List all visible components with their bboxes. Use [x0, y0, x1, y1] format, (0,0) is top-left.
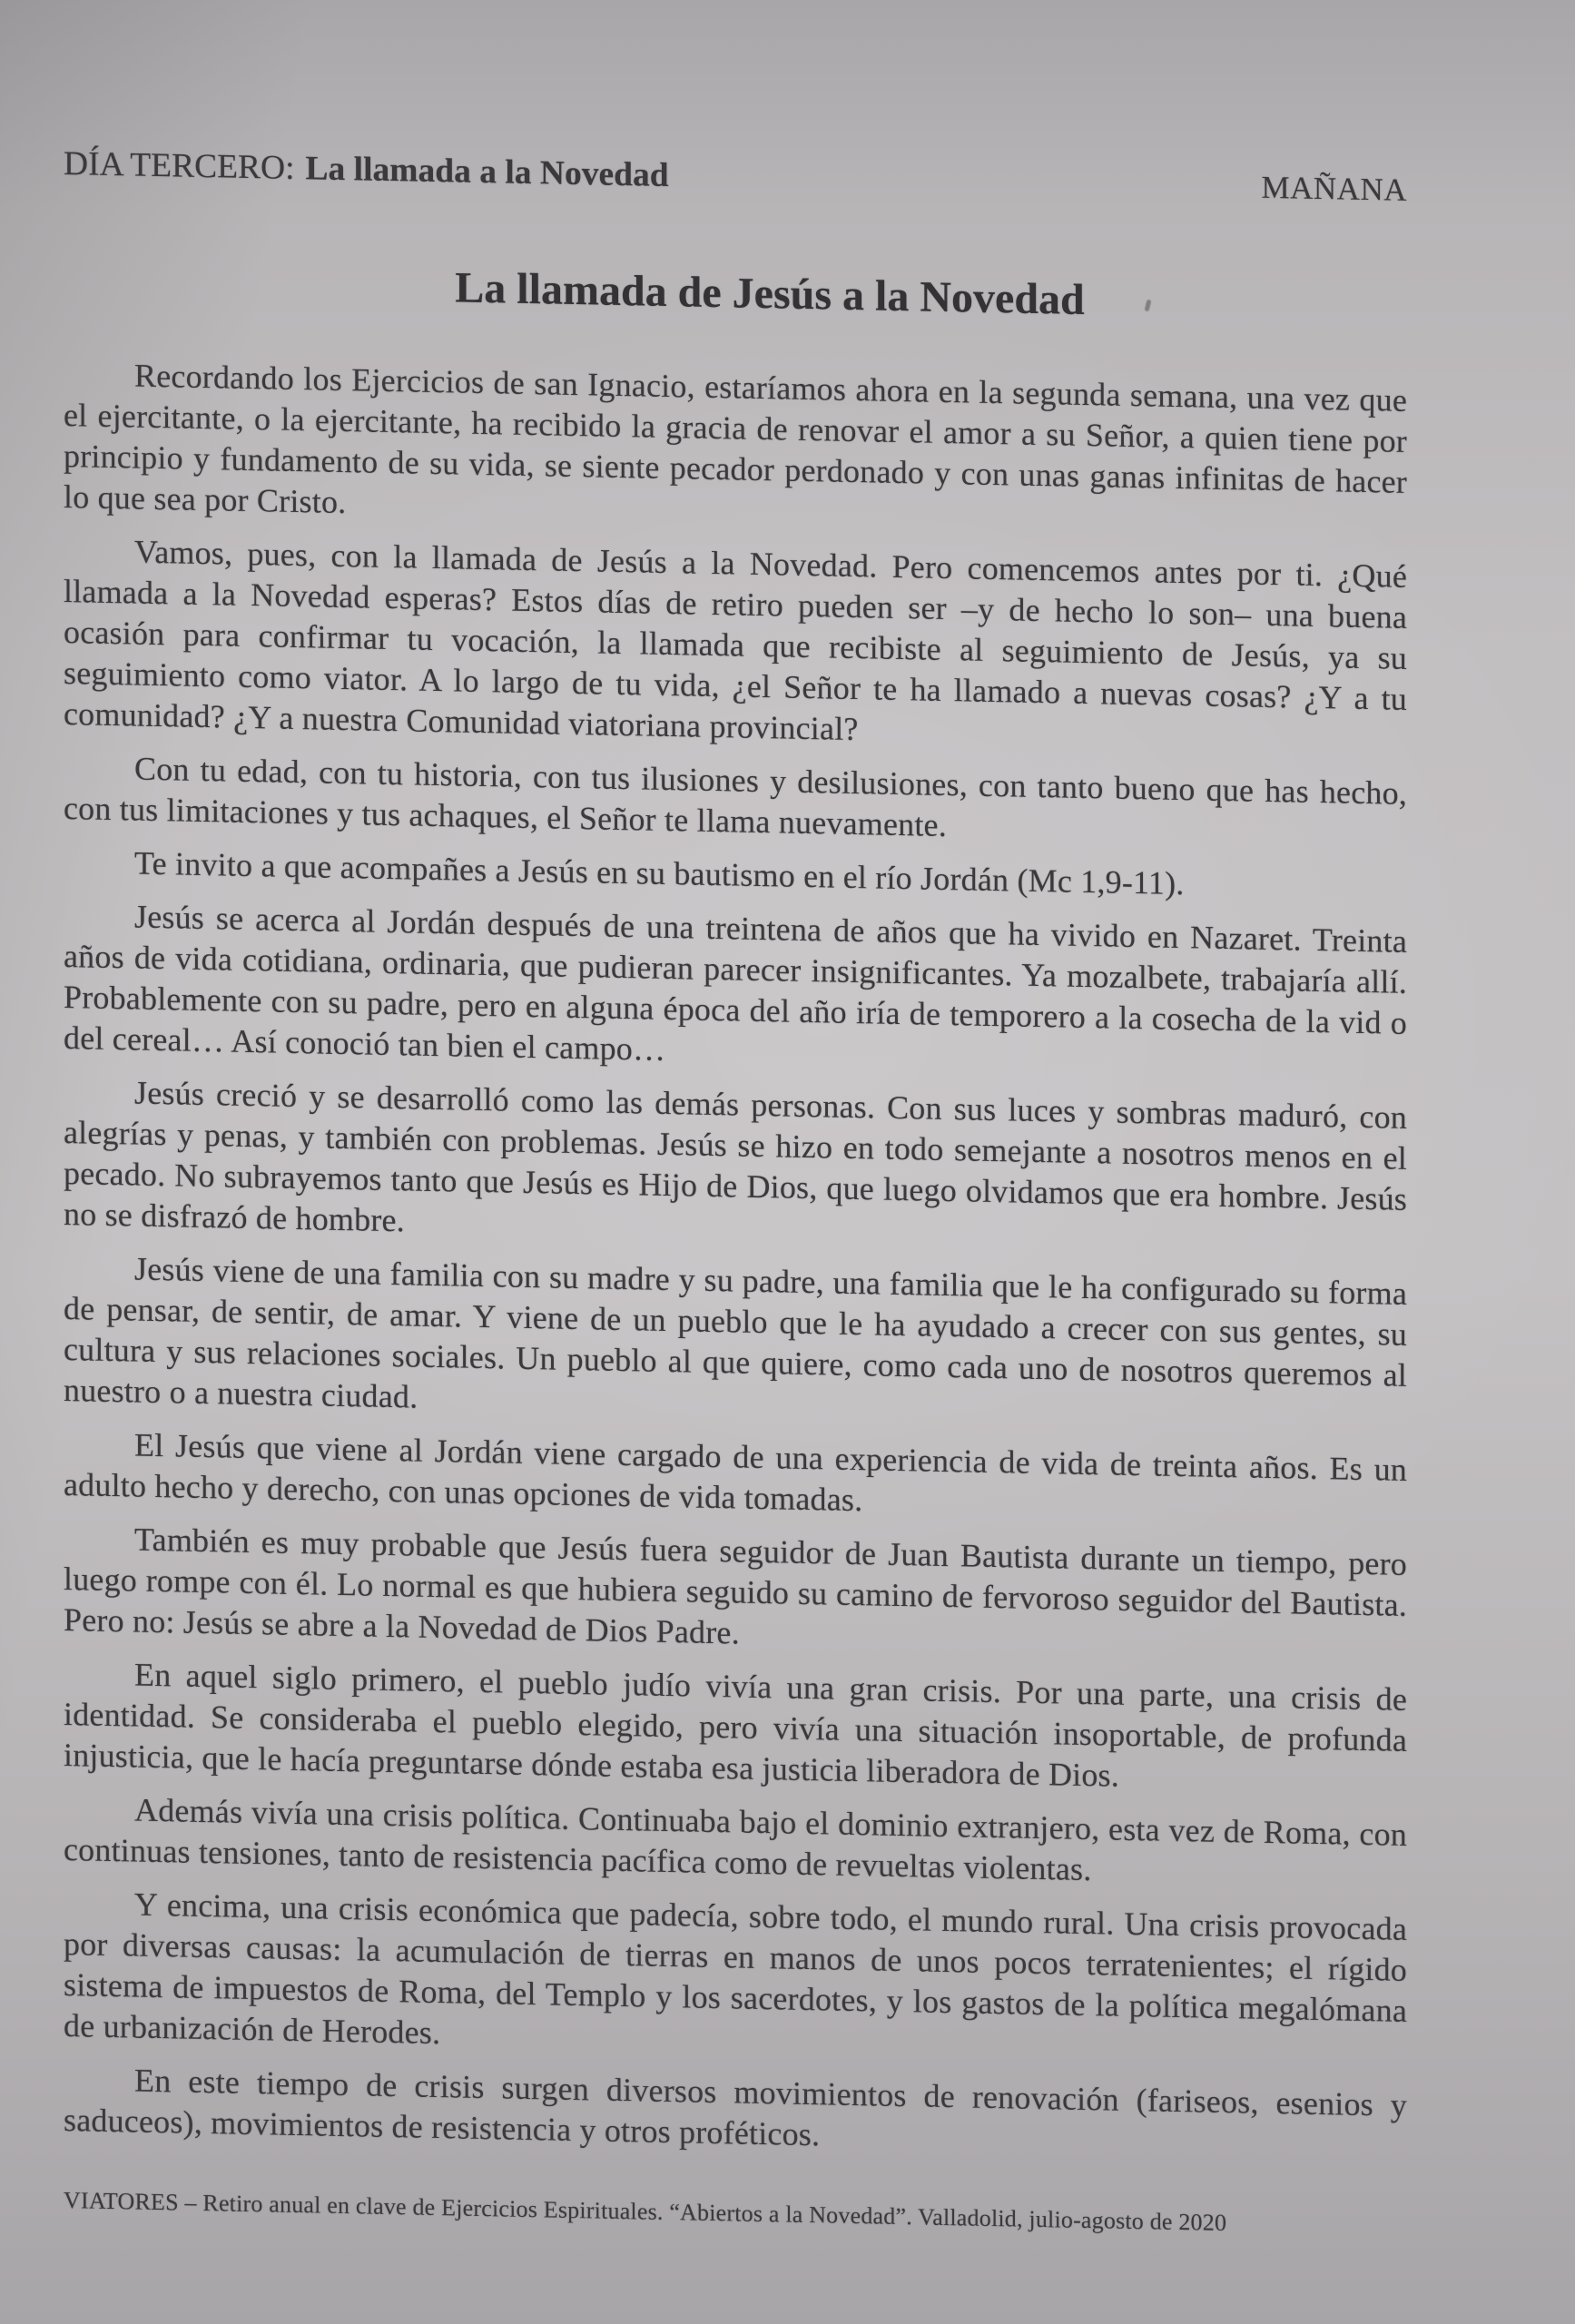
- day-title: La llamada a la Novedad: [306, 150, 669, 194]
- paragraph: Jesús creció y se desarrolló como las de…: [64, 1071, 1407, 1261]
- paragraph: En este tiempo de crisis surgen diversos…: [64, 2059, 1407, 2167]
- session-label: MAÑANA: [1262, 172, 1408, 206]
- paragraph: Jesús se acerca al Jordán después de una…: [64, 895, 1407, 1085]
- page-header: DÍA TERCERO:La llamada a la Novedad MAÑA…: [64, 147, 1407, 207]
- paragraph: El Jesús que viene al Jordán viene carga…: [64, 1423, 1407, 1531]
- header-day: DÍA TERCERO:La llamada a la Novedad: [64, 147, 669, 193]
- paragraph: En aquel siglo primero, el pueblo judío …: [64, 1653, 1407, 1802]
- page-content: DÍA TERCERO:La llamada a la Novedad MAÑA…: [64, 0, 1407, 2179]
- footer-note: VIATORES – Retiro anual en clave de Ejer…: [64, 2186, 1226, 2238]
- paragraph: Además vivía una crisis política. Contin…: [64, 1788, 1407, 1896]
- document-title: La llamada de Jesús a la Novedad: [98, 258, 1442, 330]
- paragraph: Recordando los Ejercicios de san Ignacio…: [64, 354, 1407, 544]
- paragraph: También es muy probable que Jesús fuera …: [64, 1518, 1407, 1667]
- paragraph: Con tu edad, con tu historia, con tus il…: [64, 747, 1407, 855]
- day-label: DÍA TERCERO:: [64, 145, 295, 187]
- document-body: Recordando los Ejercicios de san Ignacio…: [64, 354, 1407, 2167]
- paragraph: Jesús viene de una familia con su madre …: [64, 1247, 1407, 1437]
- paragraph: Vamos, pues, con la llamada de Jesús a l…: [64, 530, 1407, 761]
- paragraph: Y encima, una crisis económica que padec…: [64, 1883, 1407, 2073]
- document-page: DÍA TERCERO:La llamada a la Novedad MAÑA…: [0, 0, 1575, 2324]
